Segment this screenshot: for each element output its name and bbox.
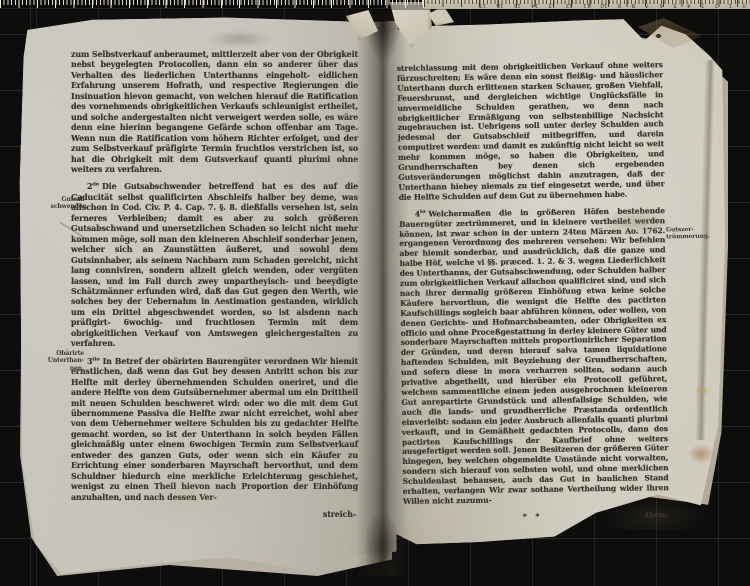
paragraph-number: 2do [87, 182, 99, 191]
paragraph: 3tioIn Betref der obärirten Baurengüter … [71, 357, 358, 503]
signature-mark: * * [523, 512, 543, 522]
paragraph-text: In Betref der obärirten Baurengüter vero… [71, 357, 358, 502]
paragraph: streichlassung mit dem obrigkeitlichen V… [397, 60, 665, 202]
page-curl-shadow [600, 470, 710, 530]
paragraph-text: zum Selbstverkauf anberaumet, mittlerzei… [71, 50, 358, 174]
paragraph: 2doDie Gutsabschwender betreffend hat es… [71, 182, 358, 349]
paragraph-text: Die Gutsabschwender betreffend hat es de… [71, 182, 358, 348]
paragraph-text: Welchermaßen die in größeren Höfen beste… [399, 206, 669, 506]
paragraph: zum Selbstverkauf anberaumet, mittlerzei… [71, 50, 358, 175]
gutter-shadow-bottom [358, 490, 406, 570]
ruler-numbers: 0 1 2 3 4 5 6 7 8 9 10 11 12 13 14 15 16… [479, 0, 746, 9]
margin-note: Obärirte Unterthan- nen. [42, 350, 84, 372]
paragraph-text: streichlassung mit dem obrigkeitlichen V… [397, 60, 665, 201]
right-page-text: streichlassung mit dem obrigkeitlichen V… [397, 60, 669, 525]
photo-of-open-book: 0 1 2 3 4 5 6 7 8 9 10 11 12 13 14 15 16… [0, 0, 750, 586]
top-ruler: 0 1 2 3 4 5 6 7 8 9 10 11 12 13 14 15 16… [0, 0, 750, 10]
paragraph-number: 3tio [87, 357, 100, 366]
ruler-face: 0 1 2 3 4 5 6 7 8 9 10 11 12 13 14 15 16… [424, 0, 750, 9]
margin-note: Gutsab- schwender. [47, 196, 87, 211]
catchword: streich- [323, 510, 356, 520]
catchword-row: streich- [71, 510, 358, 521]
paragraph: 4toWelchermaßen die in größeren Höfen be… [399, 206, 669, 507]
paragraph-number: 4to [415, 209, 426, 218]
left-page-text: zum Selbstverkauf anberaumet, mittlerzei… [71, 50, 358, 521]
